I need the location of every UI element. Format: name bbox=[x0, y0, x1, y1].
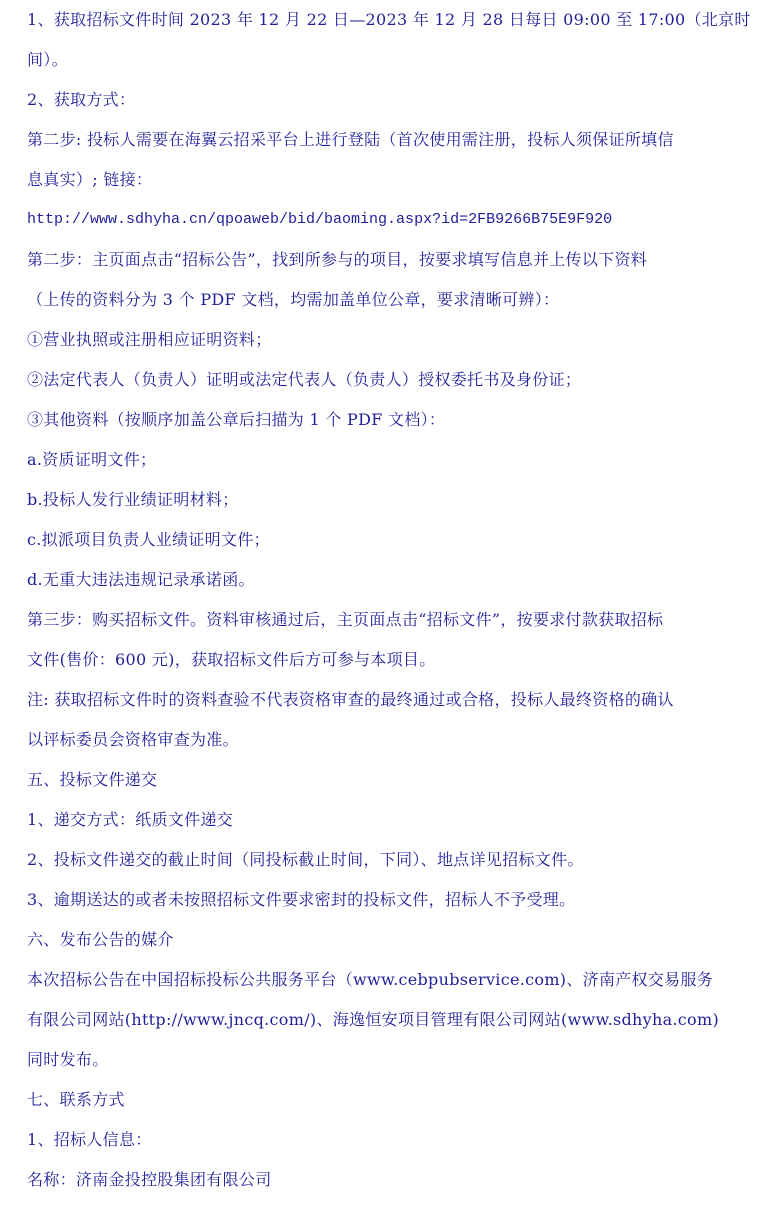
text-line-submission-method: 1、递交方式：纸质文件递交 bbox=[27, 808, 233, 832]
text-line-step-upload: 第二步：主页面点击“招标公告”，找到所参与的项目，按要求填写信息并上传以下资料 bbox=[27, 248, 647, 272]
text-line-step-login: 第二步: 投标人需要在海翼云招采平台上进行登陆（首次使用需注册，投标人须保证所填… bbox=[27, 128, 674, 152]
text-line-submission-deadline: 2、投标文件递交的截止时间（同投标截止时间，下同）、地点详见招标文件。 bbox=[27, 848, 584, 872]
registration-link[interactable]: http://www.sdhyha.cn/qpoaweb/bid/baoming… bbox=[27, 208, 612, 232]
text-line-note-cont: 以评标委员会资格审查为准。 bbox=[27, 728, 239, 752]
list-item-no-violation: d.无重大违法违规记录承诺函。 bbox=[27, 568, 255, 592]
text-line-step-login-cont: 息真实）; 链接： bbox=[27, 168, 152, 192]
list-item-performance: b.投标人发行业绩证明材料； bbox=[27, 488, 239, 512]
section-heading-contact: 七、联系方式 bbox=[27, 1088, 125, 1112]
list-item-manager-performance: c.拟派项目负责人业绩证明文件； bbox=[27, 528, 270, 552]
list-item-legal-rep: ②法定代表人（负责人）证明或法定代表人（负责人）授权委托书及身份证； bbox=[27, 368, 581, 392]
text-line-media-cont: 有限公司网站(http://www.jncq.com/)、海逸恒安项目管理有限公… bbox=[27, 1008, 719, 1032]
section-heading-media: 六、发布公告的媒介 bbox=[27, 928, 174, 952]
list-item-license: ①营业执照或注册相应证明资料； bbox=[27, 328, 272, 352]
text-line-get-time-cont: 间）。 bbox=[27, 48, 68, 72]
text-line-media-end: 同时发布。 bbox=[27, 1048, 109, 1072]
text-line-tenderer-name: 名称：济南金投控股集团有限公司 bbox=[27, 1168, 272, 1192]
text-line-step-purchase: 第三步：购买招标文件。资料审核通过后，主页面点击“招标文件”，按要求付款获取招标 bbox=[27, 608, 663, 632]
text-line-step-purchase-cont: 文件(售价：600 元)，获取招标文件后方可参与本项目。 bbox=[27, 648, 436, 672]
text-line-get-time: 1、获取招标文件时间 2023 年 12 月 22 日—2023 年 12 月 … bbox=[27, 8, 751, 32]
text-line-note: 注: 获取招标文件时的资料查验不代表资格审查的最终通过或合格，投标人最终资格的确… bbox=[27, 688, 674, 712]
text-line-step-upload-cont: （上传的资料分为 3 个 PDF 文档，均需加盖单位公章，要求清晰可辨）： bbox=[27, 288, 559, 312]
text-line-media: 本次招标公告在中国招标投标公共服务平台（www.cebpubservice.co… bbox=[27, 968, 713, 992]
list-item-other-docs: ③其他资料（按顺序加盖公章后扫描为 1 个 PDF 文档）： bbox=[27, 408, 445, 432]
text-line-tenderer-info: 1、招标人信息： bbox=[27, 1128, 152, 1152]
text-line-get-method: 2、获取方式： bbox=[27, 88, 135, 112]
text-line-late-submission: 3、逾期送达的或者未按照招标文件要求密封的投标文件，招标人不予受理。 bbox=[27, 888, 575, 912]
section-heading-submission: 五、投标文件递交 bbox=[27, 768, 157, 792]
list-item-qualification: a.资质证明文件； bbox=[27, 448, 156, 472]
